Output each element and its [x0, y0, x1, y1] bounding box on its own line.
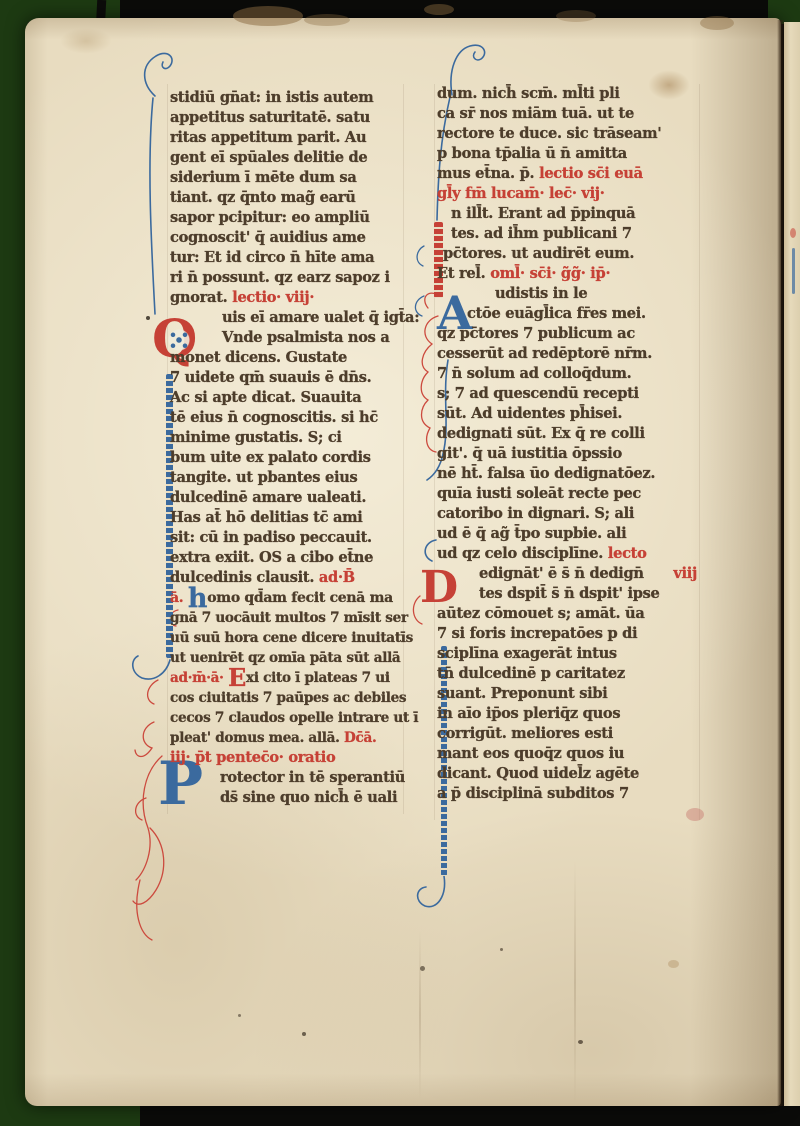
body-text: ctōe euāgl̄ica fr̄es mei.	[467, 305, 646, 322]
body-text: sūt. Ad uidentes ph̄isei.	[437, 405, 622, 422]
parchment-stain	[556, 10, 596, 22]
parchment-stain	[233, 6, 303, 26]
ruling-line	[434, 84, 435, 820]
text-line: edignāt' ē s̄ n̄ dedign̄viij	[437, 564, 697, 584]
rubric-text: Dc̄ā.	[344, 730, 376, 746]
body-text: uū suū hora cene dicere inuitatīs	[170, 630, 413, 646]
body-text: rotector in tē sperantiū	[220, 769, 405, 786]
body-text: qz pc̄tores 7 publicum ac	[437, 325, 635, 342]
body-text: ut uenirēt qz omīa pāta sūt allā	[170, 650, 400, 666]
text-line: siderium ī mēte dum sa	[170, 168, 404, 188]
text-line: gnorat. lectio· viij·	[170, 288, 404, 308]
text-line: quīa iusti soleāt recte pec	[437, 484, 697, 504]
body-text: pc̄tores. ut audirēt eum.	[443, 245, 634, 262]
body-text: uis eī amare ualet q̄ igt̄a:	[222, 309, 419, 326]
text-line: uū suū hora cene dicere inuitatīs	[170, 628, 404, 648]
body-text: tes. ad ih̄m publicani 7	[451, 225, 632, 242]
text-line: ca sr̄ nos miām tuā. ut te	[437, 104, 697, 124]
text-line: qz pc̄tores 7 publicum ac	[437, 324, 697, 344]
body-text: cecos 7 claudos opelle intrare ut ī	[170, 710, 418, 726]
body-text: dedignati sūt. Ex q̄ re colli	[437, 425, 645, 442]
text-line: Vnde psalmista nos a	[170, 328, 404, 348]
body-text: 7 uidete qm̄ suauis ē dn̄s.	[170, 369, 371, 386]
text-line: rectore te duce. sic trāseam'	[437, 124, 697, 144]
text-line: sapor pcipitur: eo ampliū	[170, 208, 404, 228]
body-text: tē eius n̄ cognoscitis. si hc̄	[170, 409, 378, 426]
text-line: cos ciuitatis 7 paūpes ac debiles	[170, 688, 404, 708]
rubric-text: lectio sc̄i euā	[539, 165, 643, 182]
body-text: gnā 7 uocāuit multos 7 mīsit ser	[170, 610, 408, 626]
parchment-stain	[304, 14, 350, 26]
right-text-column: dum. nich̄ scm̄. ml̄ti plica sr̄ nos miā…	[437, 84, 697, 804]
manuscript-photo: Q A D P stidiū gn̄at: in istis autemappe…	[0, 0, 800, 1126]
left-text-column: stidiū gn̄at: in istis autemappetitus sa…	[170, 88, 404, 808]
body-text: dulcedinē amare ualeati.	[170, 489, 366, 506]
text-line: Et rel̄. oml̄· sc̄i· g̃g̃· ip̄·	[437, 264, 697, 284]
text-line: ud qz celo disciplīne. lecto	[437, 544, 697, 564]
facing-page-edge	[784, 22, 800, 1106]
body-text: gnorat.	[170, 289, 232, 306]
worm-hole	[500, 948, 503, 951]
body-text: tes dspit̄ s̄ n̄ dspit' ipse	[479, 585, 660, 602]
body-text: quīa iusti soleāt recte pec	[437, 485, 641, 502]
text-line: Has at̄ hō delitias tc̄ ami	[170, 508, 404, 528]
body-text: 7 si foris increpatōes p di	[437, 625, 637, 642]
body-text: minime gustatis. S; ci	[170, 429, 342, 446]
rubric-text: ad·m̄·ā·	[170, 670, 228, 686]
worm-hole	[420, 966, 425, 971]
text-line: bum uite ex palato cordis	[170, 448, 404, 468]
text-line: cecos 7 claudos opelle intrare ut ī	[170, 708, 404, 728]
text-line: uis eī amare ualet q̄ igt̄a:	[170, 308, 404, 328]
body-text: stidiū gn̄at: in istis autem	[170, 89, 373, 106]
body-text: gent eī spūales delitie de	[170, 149, 367, 166]
text-line: dicant. Quod uidel̄z agēte	[437, 764, 697, 784]
text-line: Ac si apte dicat. Suauita	[170, 388, 404, 408]
body-text: appetitus saturitatē. satu	[170, 109, 370, 126]
rubric-text: iij· p̄t pentec̄o· oratio	[170, 749, 335, 766]
parchment-stain	[700, 16, 734, 30]
text-line: ctōe euāgl̄ica fr̄es mei.	[437, 304, 697, 324]
text-line: gent eī spūales delitie de	[170, 148, 404, 168]
body-text: omo qd̄am fecit cenā ma	[207, 590, 393, 606]
rubric-text: lecto	[608, 545, 647, 562]
text-line: ds̄ sine quo nich̄ ē uali	[170, 788, 404, 808]
text-line: tē eius n̄ cognoscitis. si hc̄	[170, 408, 404, 428]
body-text: Et rel̄.	[437, 265, 490, 282]
worm-hole	[302, 1032, 306, 1036]
body-text: in aīo ip̄os pleriq̄z quos	[437, 705, 620, 722]
text-line: dedignati sūt. Ex q̄ re colli	[437, 424, 697, 444]
body-text: suant. Preponunt sibi	[437, 685, 608, 702]
parchment-stain	[686, 808, 704, 821]
text-line: iij· p̄t pentec̄o· oratio	[170, 748, 404, 768]
facing-page-blue-flourish	[792, 248, 795, 294]
body-text: s; 7 ad quescendū recepti	[437, 385, 639, 402]
body-text: siderium ī mēte dum sa	[170, 169, 356, 186]
body-text: git'. q̄ uā iustitia ōpssio	[437, 445, 622, 462]
ink-dot	[146, 316, 150, 320]
text-line: ritas appetitum parit. Au	[170, 128, 404, 148]
text-line: monet dicens. Gustate	[170, 348, 404, 368]
text-line: pleat' domus mea. allā. Dc̄ā.	[170, 728, 404, 748]
ruling-line	[699, 84, 700, 820]
body-text: a p̄ disciplinā subditos 7	[437, 785, 629, 802]
body-text: ds̄ sine quo nich̄ ē uali	[220, 789, 397, 806]
text-line: extra exiit. OS a cibo et̄ne	[170, 548, 404, 568]
body-text: mus et̄na. p̄.	[437, 165, 539, 182]
text-line: 7 n̄ solum ad colloq̄dum.	[437, 364, 697, 384]
text-line: udistis in le	[437, 284, 697, 304]
text-line: gnā 7 uocāuit multos 7 mīsit ser	[170, 608, 404, 628]
parchment-stain	[60, 28, 112, 54]
text-line: stidiū gn̄at: in istis autem	[170, 88, 404, 108]
text-line: sūt. Ad uidentes ph̄isei.	[437, 404, 697, 424]
text-line: tur: Et id circo n̄ hīte ama	[170, 248, 404, 268]
text-line: tes. ad ih̄m publicani 7	[437, 224, 697, 244]
text-line: pc̄tores. ut audirēt eum.	[437, 244, 697, 264]
text-line: appetitus saturitatē. satu	[170, 108, 404, 128]
backdrop-left-band	[0, 0, 28, 1126]
body-text: ud ē q̄ ag̃ t̄po supbie. ali	[437, 525, 626, 542]
worm-hole	[578, 1040, 583, 1044]
body-text: tangite. ut pbantes eius	[170, 469, 357, 486]
fold-crease	[574, 860, 576, 1105]
body-text: pleat' domus mea. allā.	[170, 730, 344, 746]
body-text: 7 n̄ solum ad colloq̄dum.	[437, 365, 631, 382]
text-line: mus et̄na. p̄. lectio sc̄i euā	[437, 164, 697, 184]
body-text: cognoscit' q̄ auidius ame	[170, 229, 366, 246]
facing-page-red-mark	[790, 228, 796, 238]
body-text: n ill̄t. Erant ad p̄pinquā	[451, 205, 635, 222]
text-line: s; 7 ad quescendū recepti	[437, 384, 697, 404]
text-line: git'. q̄ uā iustitia ōpssio	[437, 444, 697, 464]
body-text: aūtez cōmouet s; amāt. ūa	[437, 605, 644, 622]
fold-crease	[419, 930, 421, 1100]
gutter-crease	[777, 20, 784, 1106]
body-text: Has at̄ hō delitias tc̄ ami	[170, 509, 363, 526]
body-text: cesserūt ad redēptorē nr̄m.	[437, 345, 652, 362]
body-text: ritas appetitum parit. Au	[170, 129, 366, 146]
text-line: corrigūt. meliores esti	[437, 724, 697, 744]
text-line: dulcedinē amare ualeati.	[170, 488, 404, 508]
body-text: sit: cū in padiso peccauit.	[170, 529, 372, 546]
text-line: catoribo in dignari. S; ali	[437, 504, 697, 524]
text-line: suant. Preponunt sibi	[437, 684, 697, 704]
text-line: ri n̄ possunt. qz earz sapoz i	[170, 268, 404, 288]
parchment-stain	[668, 960, 679, 968]
text-line: sit: cū in padiso peccauit.	[170, 528, 404, 548]
body-text: xi cito ī plateas 7 ui	[246, 670, 390, 686]
text-line: minime gustatis. S; ci	[170, 428, 404, 448]
body-text: Vnde psalmista nos a	[222, 329, 390, 346]
rubric-text: ad·B̄	[319, 569, 355, 586]
rubric-text: viij	[673, 564, 697, 584]
text-line: tn̄ dulcedinē p caritatez	[437, 664, 697, 684]
text-line: aūtez cōmouet s; amāt. ūa	[437, 604, 697, 624]
body-text: edignāt' ē s̄ n̄ dedign̄	[479, 565, 644, 582]
body-text: dicant. Quod uidel̄z agēte	[437, 765, 639, 782]
rubric-text: ā.	[170, 590, 188, 606]
text-line: mant eos quoq̄z quos iu	[437, 744, 697, 764]
body-text: Ac si apte dicat. Suauita	[170, 389, 361, 406]
worm-hole	[238, 1014, 241, 1017]
text-line: tangite. ut pbantes eius	[170, 468, 404, 488]
text-line: a p̄ disciplinā subditos 7	[437, 784, 697, 804]
text-line: n ill̄t. Erant ad p̄pinquā	[437, 204, 697, 224]
body-text: rectore te duce. sic trāseam'	[437, 125, 661, 142]
body-text: dum. nich̄ scm̄. ml̄ti pli	[437, 85, 620, 102]
body-text: extra exiit. OS a cibo et̄ne	[170, 549, 373, 566]
text-line: rotector in tē sperantiū	[170, 768, 404, 788]
body-text: tur: Et id circo n̄ hīte ama	[170, 249, 374, 266]
text-line: dum. nich̄ scm̄. ml̄ti pli	[437, 84, 697, 104]
body-text: monet dicens. Gustate	[170, 349, 347, 366]
text-line: tes dspit̄ s̄ n̄ dspit' ipse	[437, 584, 697, 604]
text-line: sciplīna exagerāt intus	[437, 644, 697, 664]
body-text: nē ht̄. falsa ūo dedignatōez.	[437, 465, 655, 482]
text-line: ut uenirēt qz omīa pāta sūt allā	[170, 648, 404, 668]
text-line: ad·m̄·ā· Exi cito ī plateas 7 ui	[170, 668, 404, 688]
body-text: sciplīna exagerāt intus	[437, 645, 617, 662]
rubric-text: oml̄· sc̄i· g̃g̃· ip̄·	[490, 265, 610, 282]
body-text: cos ciuitatis 7 paūpes ac debiles	[170, 690, 406, 706]
rubric-text: lectio· viij·	[232, 289, 314, 306]
text-line: 7 uidete qm̄ suauis ē dn̄s.	[170, 368, 404, 388]
text-line: tiant. qz q̄nto mag̃ earū	[170, 188, 404, 208]
body-text: bum uite ex palato cordis	[170, 449, 371, 466]
body-text: mant eos quoq̄z quos iu	[437, 745, 624, 762]
text-line: gl̄y fm̄ lucam̄· lec̄· vij·	[437, 184, 697, 204]
text-line: 7 si foris increpatōes p di	[437, 624, 697, 644]
text-line: cognoscit' q̄ auidius ame	[170, 228, 404, 248]
body-text: udistis in le	[495, 285, 587, 302]
body-text: corrigūt. meliores esti	[437, 725, 613, 742]
rubric-text: gl̄y fm̄ lucam̄· lec̄· vij·	[437, 185, 605, 202]
body-text: catoribo in dignari. S; ali	[437, 505, 634, 522]
body-text: ca sr̄ nos miām tuā. ut te	[437, 105, 634, 122]
text-line: p bona tp̄alia ū n̄ amitta	[437, 144, 697, 164]
body-text: tn̄ dulcedinē p caritatez	[437, 665, 625, 682]
body-text: ri n̄ possunt. qz earz sapoz i	[170, 269, 390, 286]
text-line: cesserūt ad redēptorē nr̄m.	[437, 344, 697, 364]
text-line: ā. homo qd̄am fecit cenā ma	[170, 588, 404, 608]
body-text: tiant. qz q̄nto mag̃ earū	[170, 189, 356, 206]
body-text: sapor pcipitur: eo ampliū	[170, 209, 370, 226]
text-line: nē ht̄. falsa ūo dedignatōez.	[437, 464, 697, 484]
text-line: in aīo ip̄os pleriq̄z quos	[437, 704, 697, 724]
body-text: p bona tp̄alia ū n̄ amitta	[437, 145, 627, 162]
body-text: ud qz celo disciplīne.	[437, 545, 608, 562]
parchment-stain	[424, 4, 454, 15]
text-line: ud ē q̄ ag̃ t̄po supbie. ali	[437, 524, 697, 544]
